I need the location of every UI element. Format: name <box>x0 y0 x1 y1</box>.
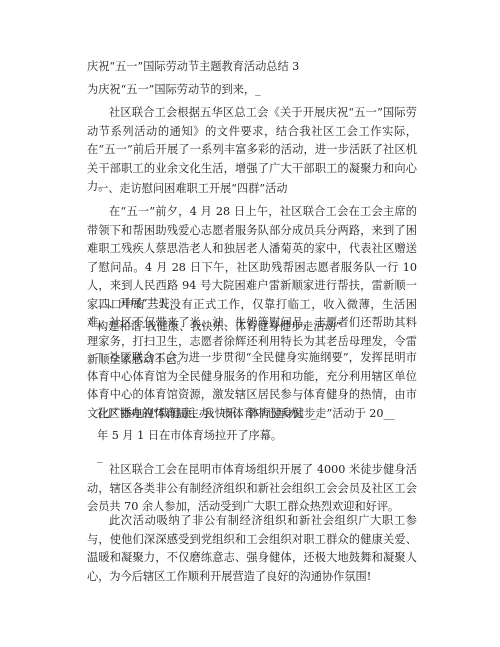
document-title: 庆祝“五一”国际劳动节主题教育活动总结 3 <box>87 58 299 75</box>
intro-line: 为庆祝“五一”国际劳动节的到来，_ <box>87 81 261 98</box>
paragraph-conclusion: 此次活动吸纳了非公有制经济组织和新社会组织广大职工参与，使他们深深感受到党组织和… <box>87 512 417 586</box>
paragraph-cohost-line1: 社区协办的“我健康、我快乐、体育健身健步走”活动于 20__ <box>97 405 395 422</box>
section-subheading-activity: 构建和谐-我健康、我快乐、体育健身健步走活动” <box>97 318 341 335</box>
paragraph-walk: 社区联合工会在昆明市体育场组织开展了 4000 米徒步健身活动，辖区各类非公有制… <box>87 461 417 517</box>
section-heading-activity: 二、开展“共驻_ <box>97 295 175 312</box>
section-heading-visits: 一、走访慰问困难职工开展“四群”活动 <box>97 180 287 197</box>
paragraph-visits: 在“五一”前夕，4 月 28 日上午，社区联合工会在工会主席的带领下和帮困助残爱… <box>87 203 417 370</box>
document-page: 庆祝“五一”国际劳动节主题教育活动总结 3 为庆祝“五一”国际劳动节的到来，_ … <box>0 0 500 647</box>
paragraph-cohost-line2: 年 5 月 1 日在市体育场拉开了序幕。 <box>97 427 282 444</box>
